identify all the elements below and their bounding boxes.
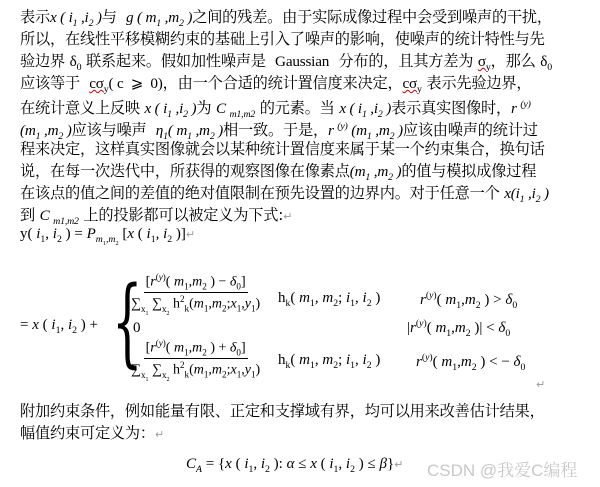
- paragraph-3: 附加约束条件，例如能量有限、正定和支撑域有界，均可以用来改善估计结果， 幅值约束…: [20, 400, 590, 444]
- case-3-condition: r(y)( m1,m2 ) < − δ0: [416, 352, 525, 373]
- paragraph-mark: ↵: [536, 378, 545, 391]
- piecewise-lhs: = x ( i1, i2 ) +: [20, 317, 98, 336]
- paragraph-1: 表示x ( i1 ,i2 )与 g ( m1 ,m2 )之间的残差。由于实际成像…: [20, 6, 590, 116]
- case-1-condition: r(y)( m1,m2 ) > δ0: [420, 290, 517, 311]
- case-3-fraction: [r(y)( m1,m2 ) + δ0] ∑x1 ∑x2 h2k(m1,m2;x…: [131, 338, 260, 383]
- text-line: 所以，在线性平移模糊约束的基础上引入了噪声的影响，使噪声的统计特性与先: [20, 28, 590, 50]
- equation-amplitude-constraint: CA = {x ( i1, i2 ): α ≤ x ( i1, i2 ) ≤ β…: [186, 456, 403, 475]
- case-1-fraction: [r(y)( m1,m2 ) − δ0] ∑x1 ∑x2 h2k(m1,m2;x…: [131, 272, 260, 317]
- text-line: (m1 ,m2 )应该与噪声 η1( m1 ,m2 )相一致。于是，r (y) …: [20, 116, 590, 138]
- equation-projection: y( i1, i2 ) = Pm1,m2 [x ( i1, i2 )]↵: [20, 226, 195, 247]
- case-1-kernel: hk( m1, m2; i1, i2 ): [278, 290, 380, 309]
- text-line: 在统计意义上反映 x ( i1 ,i2 )为 C m1,m2 的元素。当 x (…: [20, 94, 590, 116]
- text-line: 表示x ( i1 ,i2 )与 g ( m1 ,m2 )之间的残差。由于实际成像…: [20, 6, 590, 28]
- equation-piecewise: = x ( i1, i2 ) + { [r(y)( m1,m2 ) − δ0] …: [20, 272, 580, 387]
- paragraph-2: (m1 ,m2 )应该与噪声 η1( m1 ,m2 )相一致。于是，r (y) …: [20, 116, 590, 226]
- case-3-kernel: hk( m1, m2; i1, i2 ): [278, 352, 380, 371]
- text-line: 说，在每一次迭代中，所获得的观察图像在像素点(m1 ,m2 )的值与模拟成像过程: [20, 160, 590, 182]
- text-line: 程来决定，这样真实图像就会以某种统计置信度来属于某一个约束集合，换句话: [20, 138, 590, 160]
- text-line: 在该点的值之间的差值的绝对值限制在预先设置的边界内。对于任意一个 x(i1 ,i…: [20, 182, 590, 204]
- csdn-watermark: CSDN @我爱C编程: [427, 456, 577, 481]
- case-2-value: 0: [133, 320, 141, 337]
- text-line: 验边界 δ0 联系起来。假如加性噪声是 Gaussian 分布的，且其方差为 σ…: [20, 50, 590, 72]
- text-line: 应该等于 cσy( c ⩾ 0)，由一个合适的统计置信度来决定，cσy 表示先验…: [20, 72, 590, 94]
- text-line: 到 C m1,m2 上的投影都可以被定义为下式:↵: [20, 204, 590, 226]
- case-2-condition: |r(y)( m1,m2 )| < δ0: [407, 318, 510, 339]
- text-line: 附加约束条件，例如能量有限、正定和支撑域有界，均可以用来改善估计结果，: [20, 400, 590, 422]
- text-line: 幅值约束可定义为：↵: [20, 422, 590, 444]
